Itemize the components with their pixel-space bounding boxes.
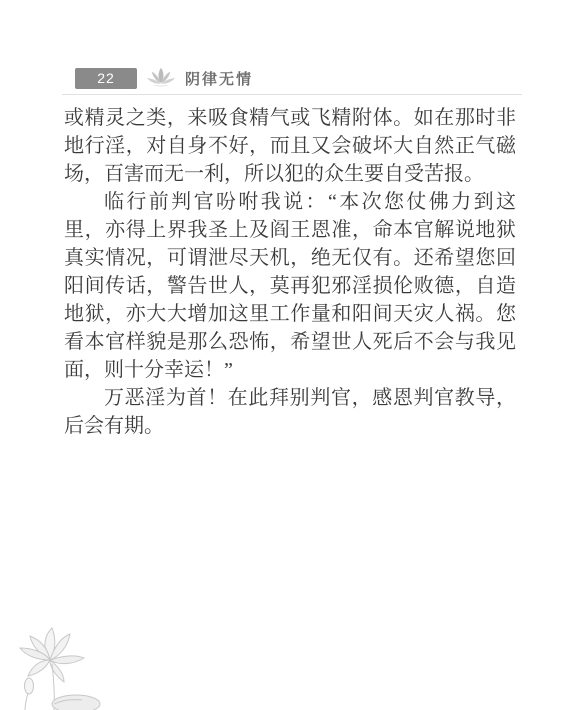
- page-number-badge: 22: [75, 68, 137, 89]
- text-line: 面，则十分幸运！”: [64, 356, 516, 384]
- text-line: 地狱，亦大大增加这里工作量和阳间天灾人祸。您: [64, 300, 516, 328]
- book-page: 22 阴律无情 或精灵之类，来吸食精气或飞精附体。如在那时非 地行淫，对自身不好…: [0, 0, 580, 710]
- header-divider: [62, 94, 522, 95]
- text-line: 真实情况，可谓泄尽天机，绝无仅有。还希望您回: [64, 244, 516, 272]
- book-title: 阴律无情: [185, 68, 253, 89]
- text-line: 临行前判官吩咐我说：“本次您仗佛力到这: [64, 188, 516, 216]
- text-line: 或精灵之类，来吸食精气或飞精附体。如在那时非: [64, 104, 516, 132]
- text-line: 万恶淫为首！在此拜别判官，感恩判官教导，: [64, 384, 516, 412]
- text-line: 看本官样貌是那么恐怖，希望世人死后不会与我见: [64, 328, 516, 356]
- text-line: 里，亦得上界我圣上及阎王恩准，命本官解说地狱: [64, 216, 516, 244]
- text-line: 后会有期。: [64, 412, 516, 440]
- text-line: 场，百害而无一利，所以犯的众生要自受苦报。: [64, 160, 516, 188]
- page-header: 22 阴律无情: [75, 66, 253, 90]
- text-line: 阳间传话，警告世人，莫再犯邪淫损伦败德，自造: [64, 272, 516, 300]
- page-body: 或精灵之类，来吸食精气或飞精附体。如在那时非 地行淫，对自身不好，而且又会破坏大…: [64, 104, 516, 440]
- text-line: 地行淫，对自身不好，而且又会破坏大自然正气磁: [64, 132, 516, 160]
- lotus-watermark-illustration: [2, 620, 112, 710]
- lotus-icon: [146, 66, 176, 90]
